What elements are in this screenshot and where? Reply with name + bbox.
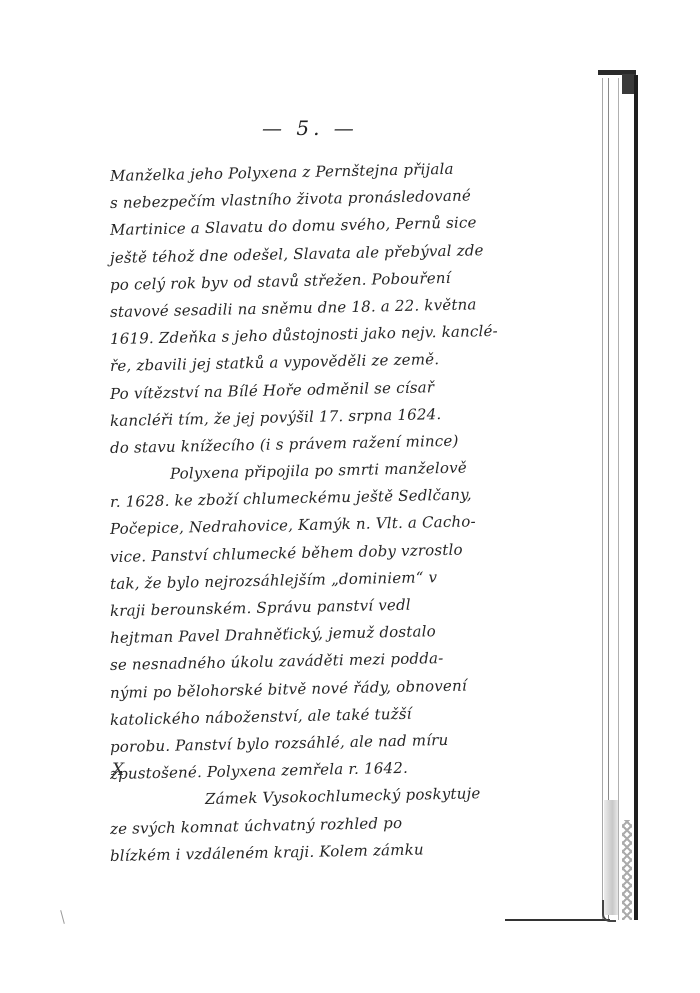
page-curl-shadow	[604, 800, 618, 915]
handwritten-text-block: Manželka jeho Polyxena z Pernštejna přij…	[110, 163, 500, 870]
page-edge-line	[618, 78, 619, 920]
page-bottom-edge	[505, 919, 610, 921]
book-spine-edge	[634, 75, 638, 920]
margin-mark	[60, 910, 65, 924]
page-number: — 5. —	[262, 116, 358, 140]
page-corner-curl	[602, 900, 616, 922]
margin-x-mark: X	[112, 760, 124, 780]
binding-decorative-pattern	[622, 820, 632, 920]
scanned-document-page: — 5. — Manželka jeho Polyxena z Pernštej…	[0, 0, 700, 993]
page-edge-line	[602, 78, 603, 920]
page-edge-line	[608, 78, 609, 920]
